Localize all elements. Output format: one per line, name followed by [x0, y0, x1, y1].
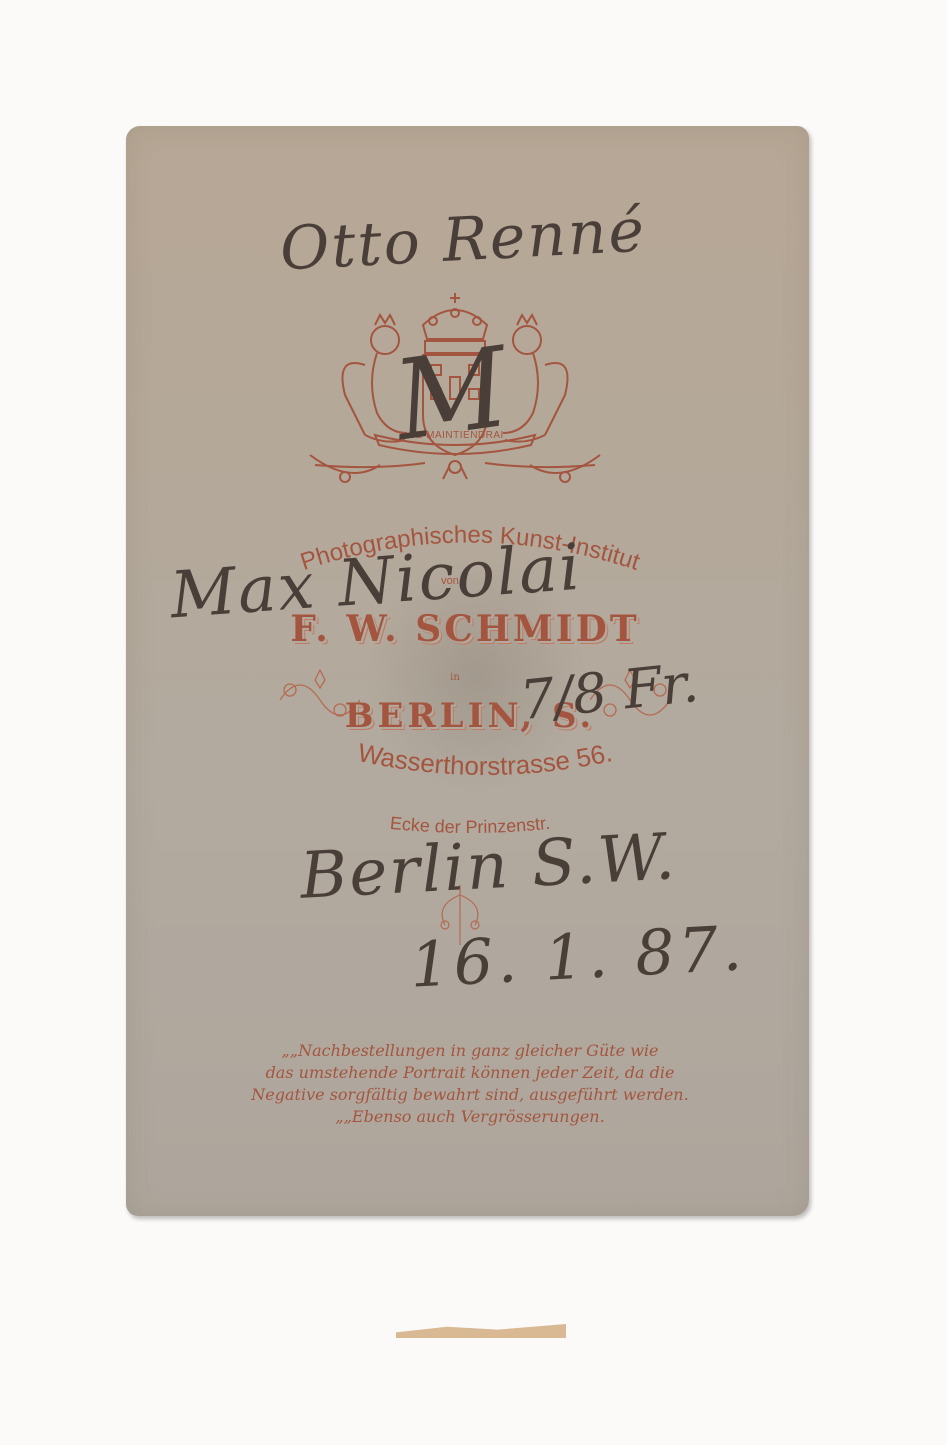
notice-line: das umstehende Portrait können jeder Zei… [170, 1062, 770, 1084]
notice-line: „„Nachbestellungen in ganz gleicher Güte… [170, 1040, 770, 1062]
svg-text:Wasserthorstrasse 56.: Wasserthorstrasse 56. [355, 737, 615, 781]
notice-line: „„Ebenso auch Vergrösserungen. [170, 1106, 770, 1128]
notice-line: Negative sorgfältig bewahrt sind, ausgef… [170, 1084, 770, 1106]
street-address: Wasserthorstrasse 56. [300, 735, 670, 795]
handwritten-initial: M [387, 323, 516, 465]
card-edge-damage [396, 1324, 566, 1338]
in-label: in [440, 672, 470, 683]
reorder-notice: „„Nachbestellungen in ganz gleicher Güte… [170, 1040, 770, 1128]
